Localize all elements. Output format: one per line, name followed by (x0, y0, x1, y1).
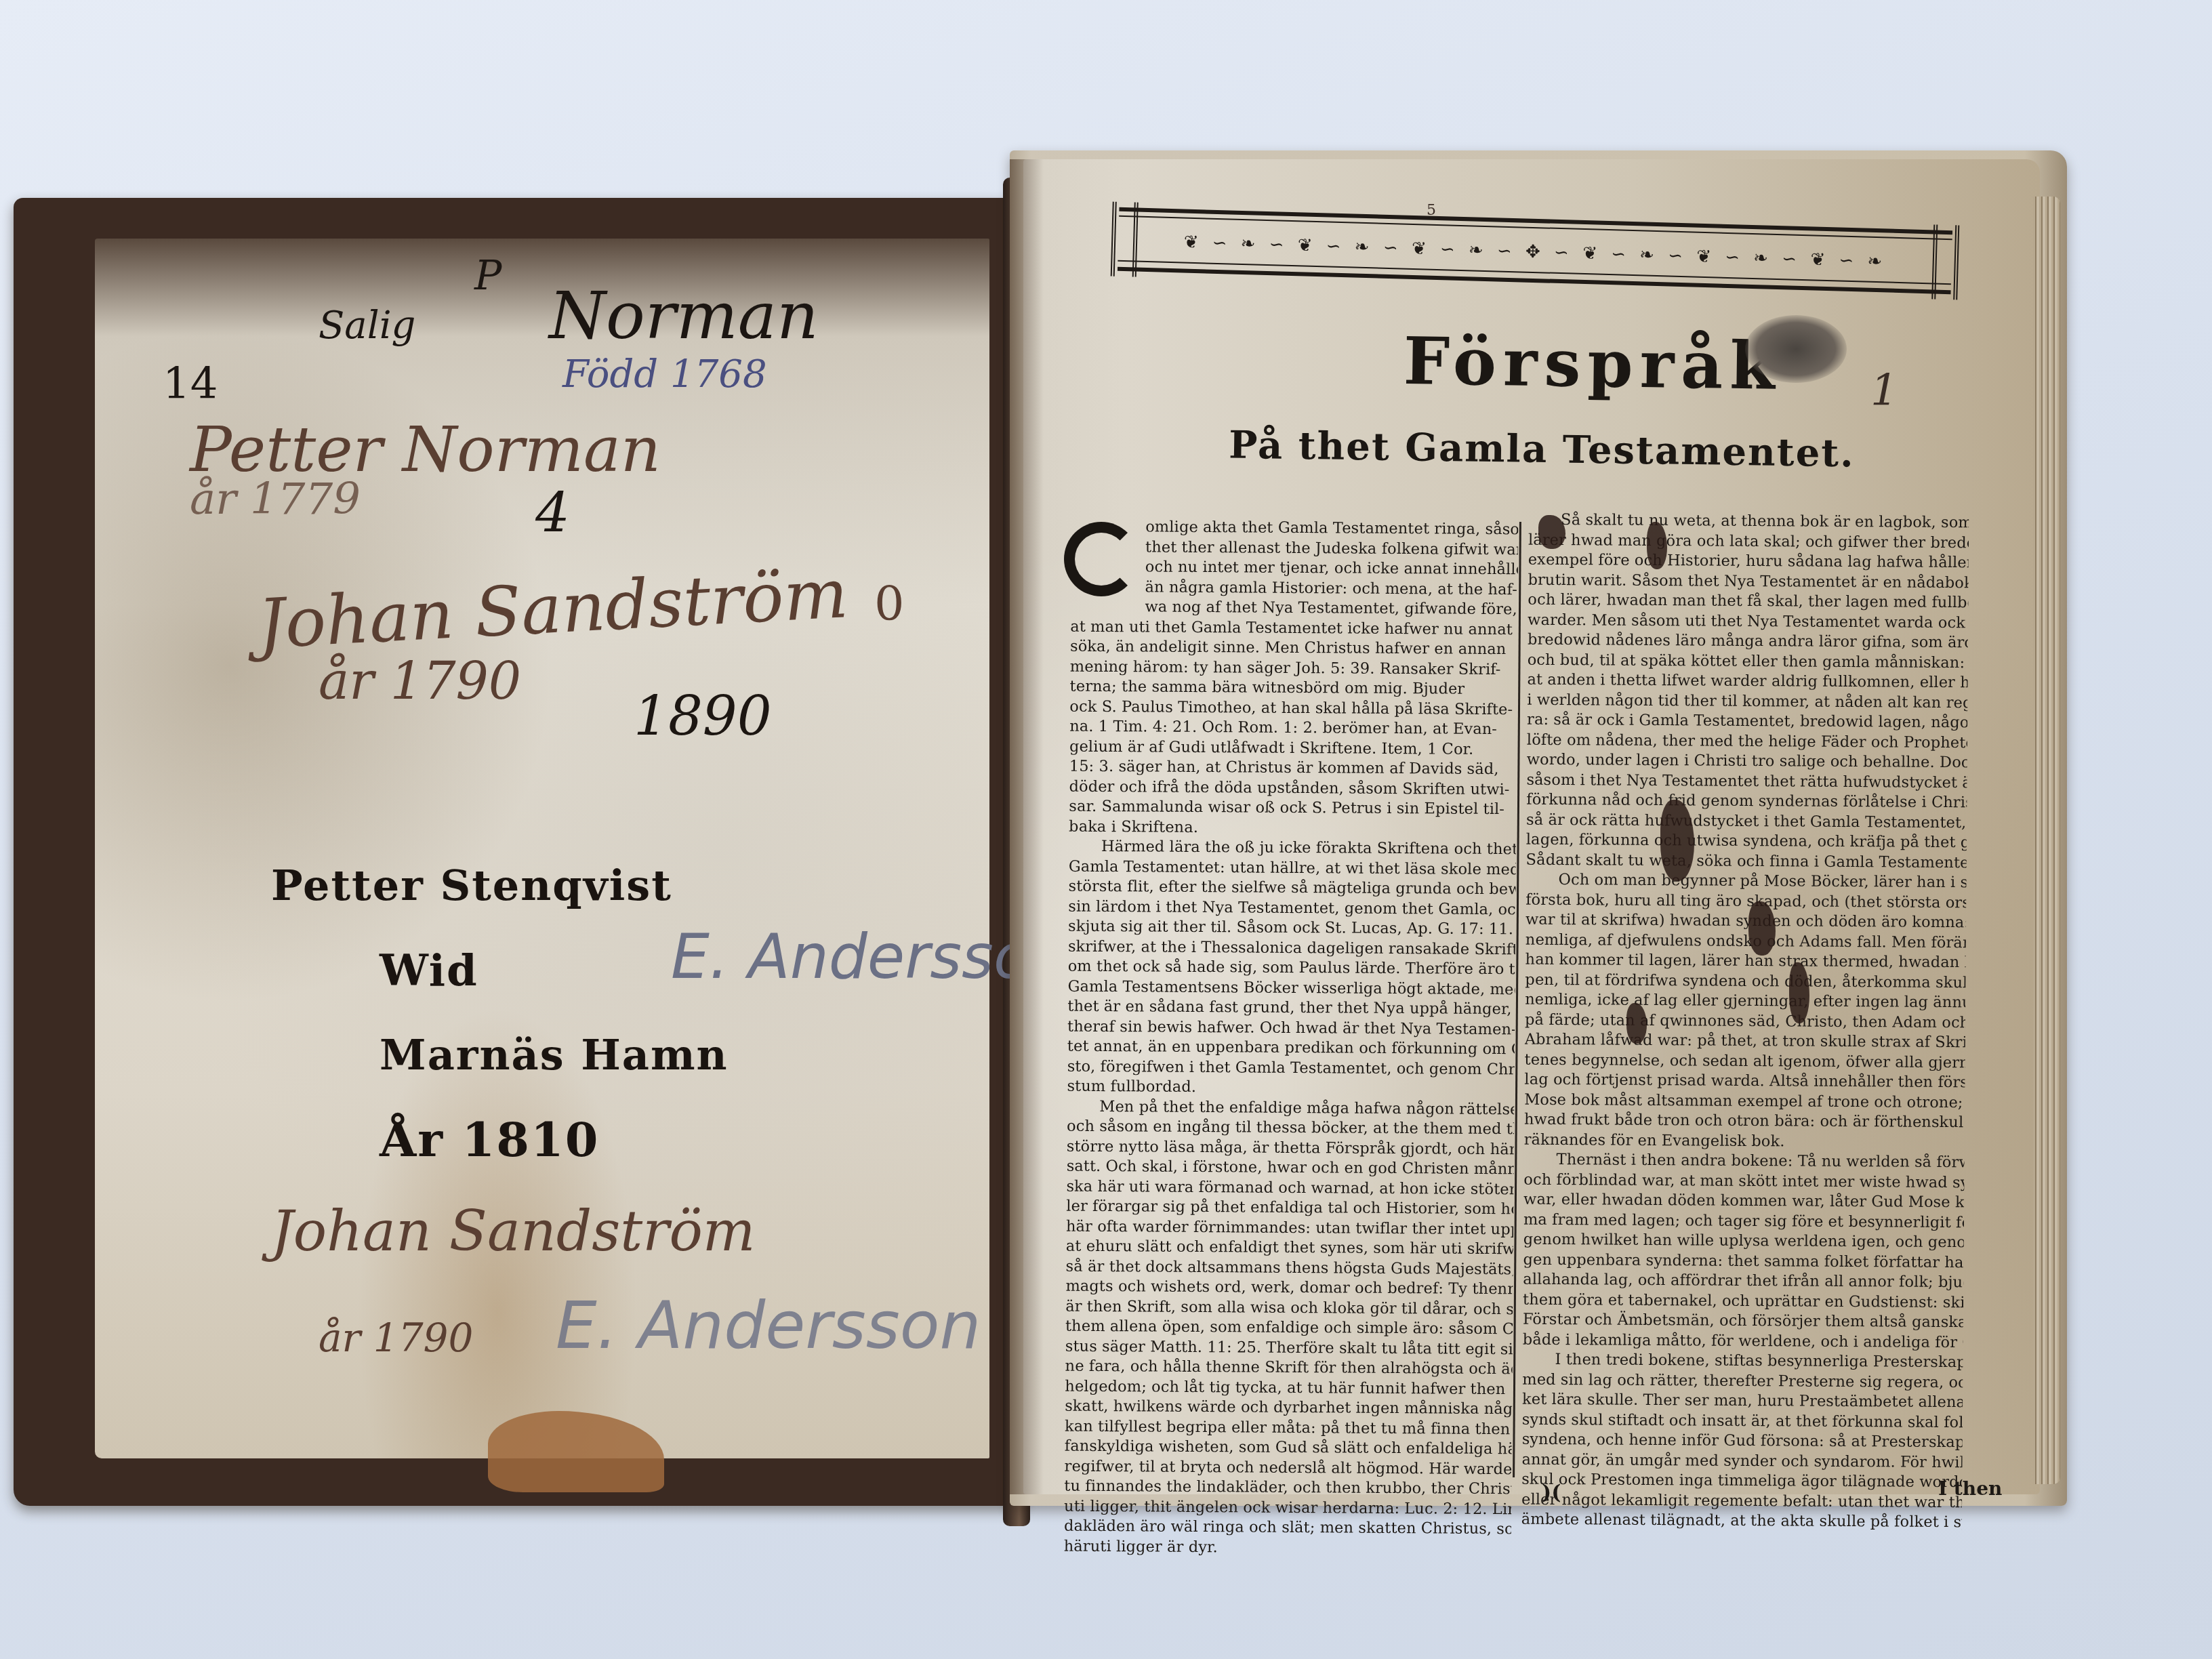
text-line: och nu intet mer tjenar, och icke annat … (1071, 557, 1518, 580)
text-line: eller något lekamligit regemente befalt:… (1521, 1490, 1962, 1513)
text-line: tenes begynnelse, och sedan alt igenom, … (1524, 1050, 1965, 1073)
ink-stain (1745, 315, 1847, 383)
text-line: med sin lag och rätter, therefter Preste… (1522, 1370, 1963, 1393)
inscription-number-14: 14 (163, 359, 218, 409)
text-line: skatt, hwilkens wärde och dyrbarhet inge… (1065, 1397, 1512, 1420)
inscription-marnas-hamn: Marnäs Hamn (380, 1030, 729, 1080)
text-line: at anden i thetta lifwet warder aldrig f… (1527, 670, 1967, 693)
inscription-petter-stenqvist: Petter Stenqvist (271, 861, 672, 910)
inscription-ar-1790-lower: år 1790 (319, 1315, 473, 1361)
text-line: allahanda lag, och affördrar thet ifrån … (1523, 1270, 1963, 1293)
text-line: Så skalt tu nu weta, at thenna bok är en… (1528, 510, 1969, 533)
text-line: Förstar och Ämbetsmän, och försörjer the… (1523, 1310, 1963, 1333)
text-line: räknandes för en Evangelisk bok. (1524, 1130, 1965, 1153)
text-line: magts och wishets ord, werk, domar och b… (1065, 1277, 1513, 1300)
headpiece-corner (1931, 224, 1959, 300)
text-column-left: omlige akta thet Gamla Testamentet ringa… (1064, 517, 1519, 1560)
inscription-ar-1779: år 1779 (190, 474, 361, 525)
text-line: ler förargar sig på thet enfaldiga tal o… (1066, 1197, 1513, 1220)
inscription-number-4: 4 (535, 481, 570, 544)
text-line: första bok, huru all ting äro skapad, oc… (1525, 890, 1966, 913)
text-line: thet ther allenast the Judeska folkena g… (1071, 537, 1518, 560)
text-line: I then tredi bokene, stiftas besynnerlig… (1522, 1350, 1963, 1373)
text-line: skul ock Prestomen inga timmeliga ägor t… (1521, 1470, 1962, 1493)
text-line: warder. Men såsom uti thet Nya Testament… (1528, 610, 1968, 633)
text-line: Mose bok måst altsamman exempel af trone… (1524, 1090, 1965, 1113)
text-line: satt. Och skal, i förstone, hwar och en … (1067, 1157, 1514, 1180)
text-line: gen uppenbara synderna: thet samma folke… (1523, 1250, 1963, 1273)
text-line: stum fullbordad. (1067, 1077, 1514, 1100)
text-line: thet är en sådana fast grund, ther thet … (1067, 997, 1515, 1020)
text-line: här ofta warder förnimmandes: utan twifl… (1066, 1216, 1513, 1240)
text-line: och lärer, hwadan man thet få skal, ther… (1528, 590, 1968, 613)
inscription-year-1890: 1890 (634, 684, 772, 747)
headpiece-corner (1111, 202, 1139, 277)
text-line: mening härom: ty han säger Joh. 5: 39. R… (1070, 657, 1517, 680)
inscription-p-mark: P (474, 252, 501, 300)
text-line: sto, föregifwen i thet Gamla Testamentet… (1067, 1057, 1515, 1080)
text-line: och förblindad war, at man skött intet m… (1523, 1170, 1964, 1193)
text-line: och bud, til at späka köttet eller then … (1528, 650, 1968, 673)
ink-blot (1538, 515, 1565, 549)
text-line: sar. Sammalunda wisar oß ock S. Petrus i… (1069, 797, 1516, 820)
text-line: Gamla Testamentet: utan hällre, at wi th… (1069, 857, 1516, 880)
text-line: såsom i thet Nya Testamentet thet rätta … (1526, 770, 1967, 793)
text-line: skrifwer, at the i Thessalonica dagelige… (1068, 937, 1515, 960)
text-line: Men på thet the enfaldige måga hafwa någ… (1067, 1097, 1514, 1120)
text-line: Abraham låfwad war: på thet, at tron sku… (1525, 1030, 1965, 1053)
text-line: nemliga, icke af lag eller gjerningar, e… (1525, 990, 1965, 1013)
text-line: både i lekamliga måtto, för werldene, oc… (1523, 1330, 1963, 1353)
text-line: war til at skrifwa) hwadan synden och dö… (1525, 910, 1966, 933)
text-line: ska här uti wara förmanad och warnad, at… (1066, 1176, 1513, 1200)
text-line: förkunna nåd och frid genom syndernas fö… (1526, 790, 1967, 813)
text-line: söka, än andeligit sinne. Men Christus h… (1070, 637, 1517, 660)
text-line: lärer hwad man göra och lata skal; och g… (1528, 530, 1969, 553)
text-line: sin lärdom i thet Nya Testamentet, genom… (1068, 897, 1515, 920)
text-line: genom hwilket han wille uplysa werldena … (1523, 1230, 1964, 1253)
text-line: löfte om nådena, ther med the helige Fäd… (1527, 730, 1967, 753)
text-line: ne fara, och hålla thenne Skrift för the… (1065, 1357, 1513, 1380)
text-line: lag och förtjenst prisad warda. Altså in… (1524, 1070, 1965, 1093)
margin-mark: 1 (1870, 366, 1898, 416)
inscription-zero-mark: 0 (874, 576, 905, 632)
text-line: om thet ock så hade sig, som Paulus lärd… (1068, 957, 1515, 980)
text-line: fanskyldiga wisheten, som Gud så slätt o… (1065, 1437, 1512, 1460)
text-line: brutin warit. Såsom thet Nya Testamentet… (1528, 570, 1968, 593)
text-line: i werlden någon tid ther til kommer, at … (1527, 690, 1967, 713)
text-line: bredowid nådenes läro många andra läror … (1528, 630, 1968, 653)
text-line: syndena, och henne inför Gud försona: så… (1522, 1430, 1963, 1453)
text-line: exempel före och Historier, huru sådana … (1528, 550, 1969, 573)
signature-mark: )( (1542, 1481, 1561, 1504)
text-line: terna; the samma bära witnesbörd om mig.… (1070, 677, 1517, 700)
text-line: 15: 3. säger han, at Christus är kommen … (1069, 757, 1517, 780)
text-line: ämbete allenast tilägnadt, at the akta s… (1521, 1510, 1962, 1533)
text-line: större nytto läsa måga, är thetta Förspr… (1067, 1136, 1514, 1160)
text-line: annat gör, än umgår med synder och synda… (1521, 1450, 1962, 1473)
gutter-shadow (1010, 159, 1044, 1494)
open-book-photo: Salig P Norman 14 Född 1768 Petter Norma… (0, 0, 2212, 1659)
inscription-salig: Salig (319, 304, 415, 348)
text-line: på färde; utan af qwinnones säd, Christo… (1525, 1010, 1965, 1033)
text-line: them göra et tabernakel, och uprättar en… (1523, 1290, 1963, 1313)
text-line: så är thet dock altsammans thens högsta … (1066, 1256, 1513, 1279)
text-line: Sådant skalt tu weta, söka och finna i G… (1526, 850, 1967, 873)
text-line: at ehuru slätt och enfaldigt thet synes,… (1066, 1237, 1513, 1260)
text-line: han kommer til lagen, lärer han strax th… (1525, 950, 1966, 973)
text-line: häruti ligger är dyr. (1064, 1536, 1511, 1559)
inscription-ar-1790: år 1790 (319, 651, 521, 711)
text-line: war, eller hwadan döden kommen war, låte… (1523, 1190, 1964, 1213)
inscription-e-andersson-lower: E. Andersson (556, 1288, 981, 1364)
text-line: omlige akta thet Gamla Testamentet ringa… (1071, 517, 1518, 540)
text-line: än några gamla Historier: och mena, at t… (1071, 577, 1518, 600)
text-line: Thernäst i then andra bokene: Tå nu werl… (1523, 1150, 1964, 1173)
text-line: at man uti thet Gamla Testamentet icke h… (1070, 617, 1517, 640)
catchword: I then (1938, 1477, 2002, 1500)
text-line: gelium är af Gudi utlåfwadt i Skriftene.… (1069, 737, 1517, 760)
page-subtitle: På thet Gamla Testamentet. (1220, 422, 1864, 476)
text-line: och såsom en ingång til thessa böcker, a… (1067, 1117, 1514, 1140)
text-line: dakläden äro wäl ringa och slät; men ska… (1064, 1517, 1511, 1540)
text-line: regifwer, til at bryta och nederslå alt … (1064, 1456, 1511, 1479)
text-line: ock S. Paulus Timotheo, at han skal håll… (1069, 697, 1517, 720)
text-column-right: Så skalt tu nu weta, at thenna bok är en… (1521, 510, 1969, 1533)
text-line: baka i Skriftena. (1069, 817, 1516, 840)
text-line: ma fram med lagen; och tager sig före et… (1523, 1210, 1964, 1233)
text-line: stus säger Matth. 11: 25. Therföre skalt… (1065, 1336, 1513, 1359)
text-line: Och om man begynner på Mose Böcker, läre… (1525, 870, 1966, 893)
text-line: så är ock rätta hufwudstycket i thet Gam… (1526, 810, 1967, 833)
text-line: tet annat, än en uppenbara predikan och … (1067, 1037, 1515, 1060)
text-line: na. 1 Tim. 4: 21. Och Rom. 1: 2. berömer… (1069, 717, 1517, 740)
text-line: största flit, efter the sielfwe så mägte… (1068, 877, 1515, 900)
text-line: helgedom; och låt tig tycka, at tu här f… (1065, 1376, 1512, 1399)
text-line: ra: så är ock i Gamla Testamentet, bredo… (1527, 710, 1967, 733)
text-line: döder och ifrå the döda upstånden, såsom… (1069, 777, 1516, 800)
text-line: uti ligger, thit ängelen ock wisar herda… (1064, 1496, 1511, 1519)
text-line: är then Skrift, som alla wisa och kloka … (1065, 1296, 1513, 1319)
text-line: kan tilfyllest begripa eller måta: på th… (1065, 1416, 1512, 1439)
inscription-fodt-1768: Född 1768 (562, 352, 767, 396)
inscription-wid: Wid (380, 945, 478, 996)
text-line: wa nog af thet Nya Testamentet, gifwande… (1070, 597, 1517, 620)
inscription-johan-sandstrom-lower: Johan Sandström (271, 1200, 756, 1264)
inscription-norman: Norman (549, 278, 819, 354)
text-line: Gamla Testamentsens Böcker wisserliga hö… (1067, 977, 1515, 1000)
text-line: hwad frukt både tron och otron bära: och… (1524, 1110, 1965, 1133)
page-edges (2033, 197, 2060, 1484)
text-line: Härmed lära the oß ju icke förakta Skrif… (1069, 837, 1516, 860)
text-line: ket lära skulle. Ther ser man, huru Pres… (1522, 1390, 1963, 1413)
text-line: theraf sin bewis hafwer. Och hwad är the… (1067, 1017, 1515, 1040)
text-line: lagen, förkunna och utwisa syndena, och … (1526, 830, 1967, 853)
text-line: them allena öpen, som enfaldige och simp… (1065, 1317, 1513, 1340)
text-line: wordo, under lagen i Christi tro salige … (1527, 750, 1967, 773)
inscription-ar-1810: År 1810 (380, 1111, 599, 1168)
text-line: skjuta sig ait ther til. Såsom ock St. L… (1068, 917, 1515, 940)
text-line: nemliga, af djefwulens ondsko och Adams … (1525, 930, 1966, 953)
text-line: synds skul stiftadt och insatt är, at th… (1522, 1410, 1963, 1433)
text-line: pen, til at fördrifwa syndena och döden,… (1525, 970, 1965, 993)
text-line: tu finnandes the lindakläder, och then k… (1064, 1477, 1511, 1500)
